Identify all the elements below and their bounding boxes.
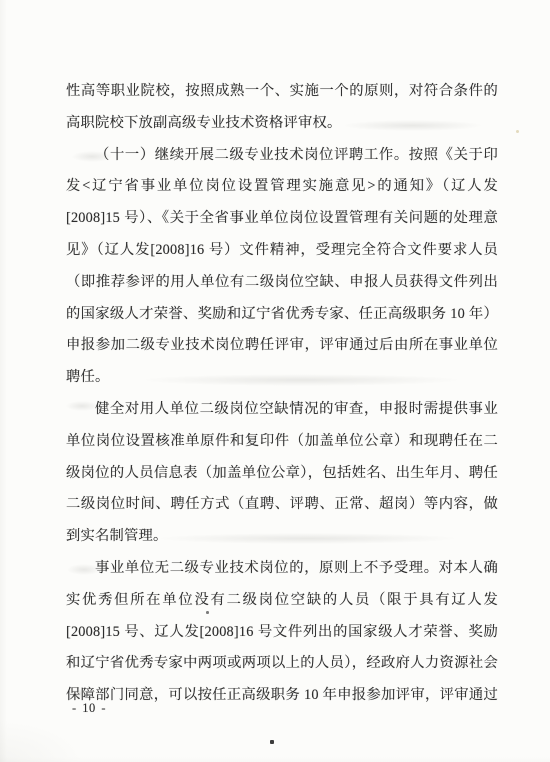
text-line: [2008]15 号）、《关于全省事业单位岗位设置管理有关问题的处理意 [66, 203, 498, 235]
scanned-document-page: 性高等职业院校，按照成熟一个、实施一个的原则，对符合条件的高职院校下放副高级专业… [0, 0, 550, 762]
page-number: - 10 - [72, 701, 106, 716]
text-line: 事业单位无二级专业技术岗位的，原则上不予受理。对本人确 [66, 553, 498, 585]
text-line: 二级岗位时间、聘任方式（直聘、评聘、正常、超岗）等内容，做 [66, 489, 498, 521]
document-text-block: 性高等职业院校，按照成熟一个、实施一个的原则，对符合条件的高职院校下放副高级专业… [66, 76, 498, 712]
text-line: 的国家级人才荣誉、奖励和辽宁省优秀专家、任正高级职务 10 年） [66, 299, 498, 331]
text-line: 级岗位的人员信息表（加盖单位公章），包括姓名、出生年月、聘任 [66, 458, 498, 490]
text-line: 见》（辽人发[2008]16 号）文件精神，受理完全符合文件要求人员 [66, 235, 498, 267]
text-line: 单位岗位设置核准单原件和复印件（加盖单位公章）和现聘任在二 [66, 426, 498, 458]
text-line: [2008]15 号、辽人发[2008]16 号文件列出的国家级人才荣誉、奖励 [66, 617, 498, 649]
text-line: 健全对用人单位二级岗位空缺情况的审查，申报时需提供事业 [66, 394, 498, 426]
text-line: 高职院校下放副高级专业技术资格评审权。 [66, 108, 498, 140]
scan-speck-artifact [206, 611, 209, 614]
text-line: 实优秀但所在单位没有二级岗位空缺的人员（限于具有辽人发 [66, 585, 498, 617]
text-line: 发<辽宁省事业单位岗位设置管理实施意见>的通知》（辽人发 [66, 171, 498, 203]
scan-speck-artifact [516, 130, 519, 133]
text-line: 申报参加二级专业技术岗位聘任评审，评审通过后由所在事业单位 [66, 330, 498, 362]
text-line: （即推荐参评的用人单位有二级岗位空缺、申报人员获得文件列出 [66, 267, 498, 299]
text-line: （十一）继续开展二级专业技术岗位评聘工作。按照《关于印 [66, 140, 498, 172]
text-line: 到实名制管理。 [66, 521, 498, 553]
scan-dot-artifact [270, 740, 274, 744]
text-line: 和辽宁省优秀专家中两项或两项以上的人员），经政府人力资源社会 [66, 648, 498, 680]
text-line: 聘任。 [66, 362, 498, 394]
text-line: 性高等职业院校，按照成熟一个、实施一个的原则，对符合条件的 [66, 76, 498, 108]
text-line: 保障部门同意，可以按任正高级职务 10 年申报参加评审，评审通过 [66, 680, 498, 712]
